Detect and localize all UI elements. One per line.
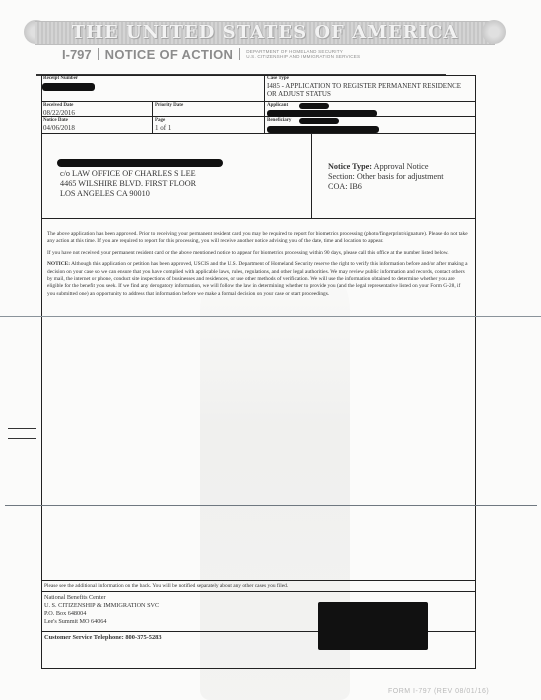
notice-date-value: 04/06/2018 (43, 124, 75, 132)
divider (239, 48, 240, 60)
notice-body: The above application has been approved.… (47, 231, 469, 302)
receipt-number-redaction (42, 83, 95, 91)
body-paragraph-1: The above application has been approved.… (47, 231, 469, 246)
form-subheading: I-797 NOTICE OF ACTION DEPARTMENT OF HOM… (62, 46, 360, 62)
receipt-number-label: Receipt Number (43, 76, 78, 81)
scan-mark (8, 428, 36, 429)
notice-section: Section: Other basis for adjustment (328, 172, 444, 182)
beneficiary-redaction (299, 118, 339, 124)
service-center-address: National Benefits Center U. S. CITIZENSH… (44, 594, 159, 626)
priority-date-label: Priority Date (155, 103, 183, 108)
page-label: Page (155, 118, 165, 123)
scan-mark (8, 438, 36, 439)
notice-date-cell: Notice Date 04/06/2018 (41, 117, 153, 133)
mailing-address: c/o LAW OFFICE OF CHARLES S LEE 4465 WIL… (60, 169, 196, 198)
beneficiary-cell: Beneficiary (265, 117, 475, 133)
page-cell: Page 1 of 1 (153, 117, 265, 133)
department-block: DEPARTMENT OF HOMELAND SECURITY U.S. CIT… (246, 49, 360, 60)
notice-date-label: Notice Date (43, 118, 68, 123)
notice-type-label: Notice Type: (328, 162, 372, 171)
applicant-cell: Applicant (265, 102, 475, 117)
footer-note: Please see the additional information on… (44, 583, 288, 589)
divider (41, 591, 475, 592)
page-value: 1 of 1 (155, 124, 171, 132)
received-date-cell: Received Date 08/22/2016 (41, 102, 153, 117)
divider (41, 133, 475, 134)
scan-line (0, 316, 541, 317)
form-id: I-797 (62, 47, 92, 62)
notice-coa: COA: IB6 (328, 182, 444, 192)
barcode-redaction (318, 602, 428, 650)
notice-label: NOTICE: (47, 261, 70, 267)
applicant-label: Applicant (267, 103, 288, 108)
center-line-3: P.O. Box 648004 (44, 610, 159, 618)
center-line-1: National Benefits Center (44, 594, 159, 602)
address-line-1: c/o LAW OFFICE OF CHARLES S LEE (60, 169, 196, 179)
divider (311, 134, 312, 218)
department-line-2: U.S. CITIZENSHIP AND IMMIGRATION SERVICE… (246, 54, 360, 59)
recipient-name-redaction (57, 159, 223, 167)
received-date-value: 08/22/2016 (43, 109, 75, 117)
body-paragraph-3: NOTICE: Although this application or pet… (47, 261, 469, 298)
notice-type-value: Approval Notice (374, 162, 429, 171)
department-line-1: DEPARTMENT OF HOMELAND SECURITY (246, 49, 343, 54)
divider (41, 218, 475, 219)
customer-service-phone: Customer Service Telephone: 800-375-5283 (44, 634, 162, 641)
center-line-4: Lee's Summit MO 64064 (44, 618, 159, 626)
address-line-2: 4465 WILSHIRE BLVD. FIRST FLOOR (60, 179, 196, 189)
document-banner: THE UNITED STATES OF AMERICA (20, 13, 510, 47)
notice-info: Notice Type: Approval Notice Section: Ot… (328, 162, 444, 192)
case-type-cell: Case Type I485 - APPLICATION TO REGISTER… (265, 75, 475, 102)
form-revision: FORM I-797 (REV 08/01/16) (388, 688, 489, 695)
address-line-3: LOS ANGELES CA 90010 (60, 189, 196, 199)
notice-title: NOTICE OF ACTION (105, 47, 234, 62)
divider (41, 580, 475, 581)
case-type-value: I485 - APPLICATION TO REGISTER PERMANENT… (267, 82, 472, 98)
beneficiary-redaction (267, 126, 379, 133)
beneficiary-label: Beneficiary (267, 118, 291, 123)
receipt-number-cell: Receipt Number (41, 75, 265, 102)
scan-line (5, 505, 537, 506)
applicant-redaction (267, 110, 377, 117)
priority-date-cell: Priority Date (153, 102, 265, 117)
center-line-2: U. S. CITIZENSHIP & IMMIGRATION SVC (44, 602, 159, 610)
received-date-label: Received Date (43, 103, 73, 108)
banner-title: THE UNITED STATES OF AMERICA (35, 22, 495, 44)
divider (98, 48, 99, 60)
applicant-redaction (299, 103, 329, 109)
notice-paragraph-text: Although this application or petition ha… (47, 261, 468, 297)
body-paragraph-2: If you have not received your permanent … (47, 250, 469, 257)
case-type-label: Case Type (267, 76, 289, 81)
